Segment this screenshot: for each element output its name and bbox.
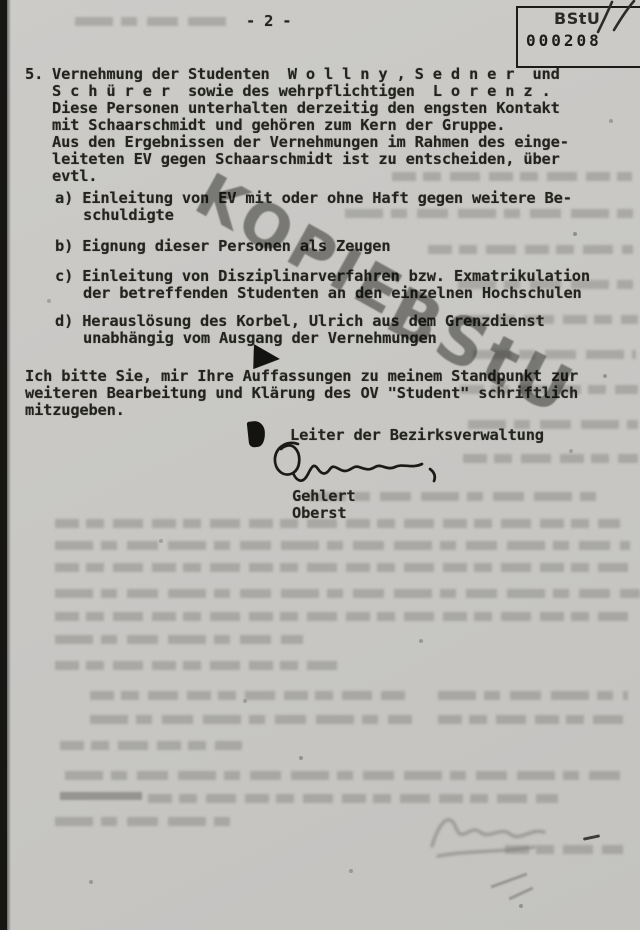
bleedthrough-line bbox=[55, 563, 635, 572]
closing-line: mitzugeben. bbox=[25, 402, 125, 419]
bleedthrough-line bbox=[55, 817, 231, 826]
body-line: leiteten EV gegen Schaarschmidt ist zu e… bbox=[52, 151, 560, 168]
scan-edge-left bbox=[0, 0, 7, 930]
scan-edge-left-shadow bbox=[7, 0, 11, 930]
list-item-a-line: a) Einleitung von EV mit oder ohne Haft … bbox=[55, 190, 572, 207]
bstu-stamp-number: 000208 bbox=[526, 31, 602, 50]
bleedthrough-line bbox=[55, 635, 303, 644]
bleedthrough-line bbox=[463, 454, 638, 463]
bleedthrough-line bbox=[438, 715, 628, 724]
body-line: Aus den Ergebnissen der Vernehmungen im … bbox=[52, 134, 569, 151]
bleedthrough-line bbox=[90, 691, 412, 700]
bleedthrough-signature bbox=[412, 804, 562, 866]
bleedthrough-smear bbox=[60, 792, 142, 800]
bleedthrough-line bbox=[60, 741, 242, 750]
bleedthrough-line bbox=[55, 612, 633, 621]
page-number: - 2 - bbox=[246, 13, 291, 30]
list-item-a-line: schuldigte bbox=[83, 207, 174, 224]
bleedthrough-line bbox=[55, 589, 640, 598]
bleedthrough-line bbox=[345, 209, 635, 218]
body-line: Vernehmung der Studenten W o l l n y , S… bbox=[52, 66, 560, 83]
signature-rank: Oberst bbox=[292, 505, 346, 522]
bleedthrough-line bbox=[438, 691, 628, 700]
bleedthrough-line bbox=[55, 541, 630, 550]
handwritten-mark bbox=[592, 0, 640, 36]
bleedthrough-line bbox=[55, 661, 337, 670]
bleedthrough-stroke bbox=[509, 887, 534, 901]
body-line: mit Schaarschmidt und gehören zum Kern d… bbox=[52, 117, 505, 134]
bleedthrough-line bbox=[428, 245, 633, 254]
stray-ink-dash bbox=[583, 834, 600, 840]
body-line: S c h ü r e r sowie des wehrpflichtigen … bbox=[52, 83, 551, 100]
paragraph-number: 5. bbox=[25, 66, 43, 83]
bleedthrough-line bbox=[392, 172, 632, 181]
bleedthrough-line bbox=[90, 715, 412, 724]
bleedthrough-line bbox=[65, 771, 627, 780]
body-line: Diese Personen unterhalten derzeitig den… bbox=[52, 100, 560, 117]
body-line: evtl. bbox=[52, 168, 97, 185]
bleedthrough-line bbox=[148, 794, 558, 803]
bleedthrough-stroke bbox=[491, 873, 528, 889]
signature-gehlert bbox=[268, 436, 463, 492]
bleedthrough-line bbox=[75, 17, 233, 26]
ink-mark-blob bbox=[247, 420, 267, 448]
